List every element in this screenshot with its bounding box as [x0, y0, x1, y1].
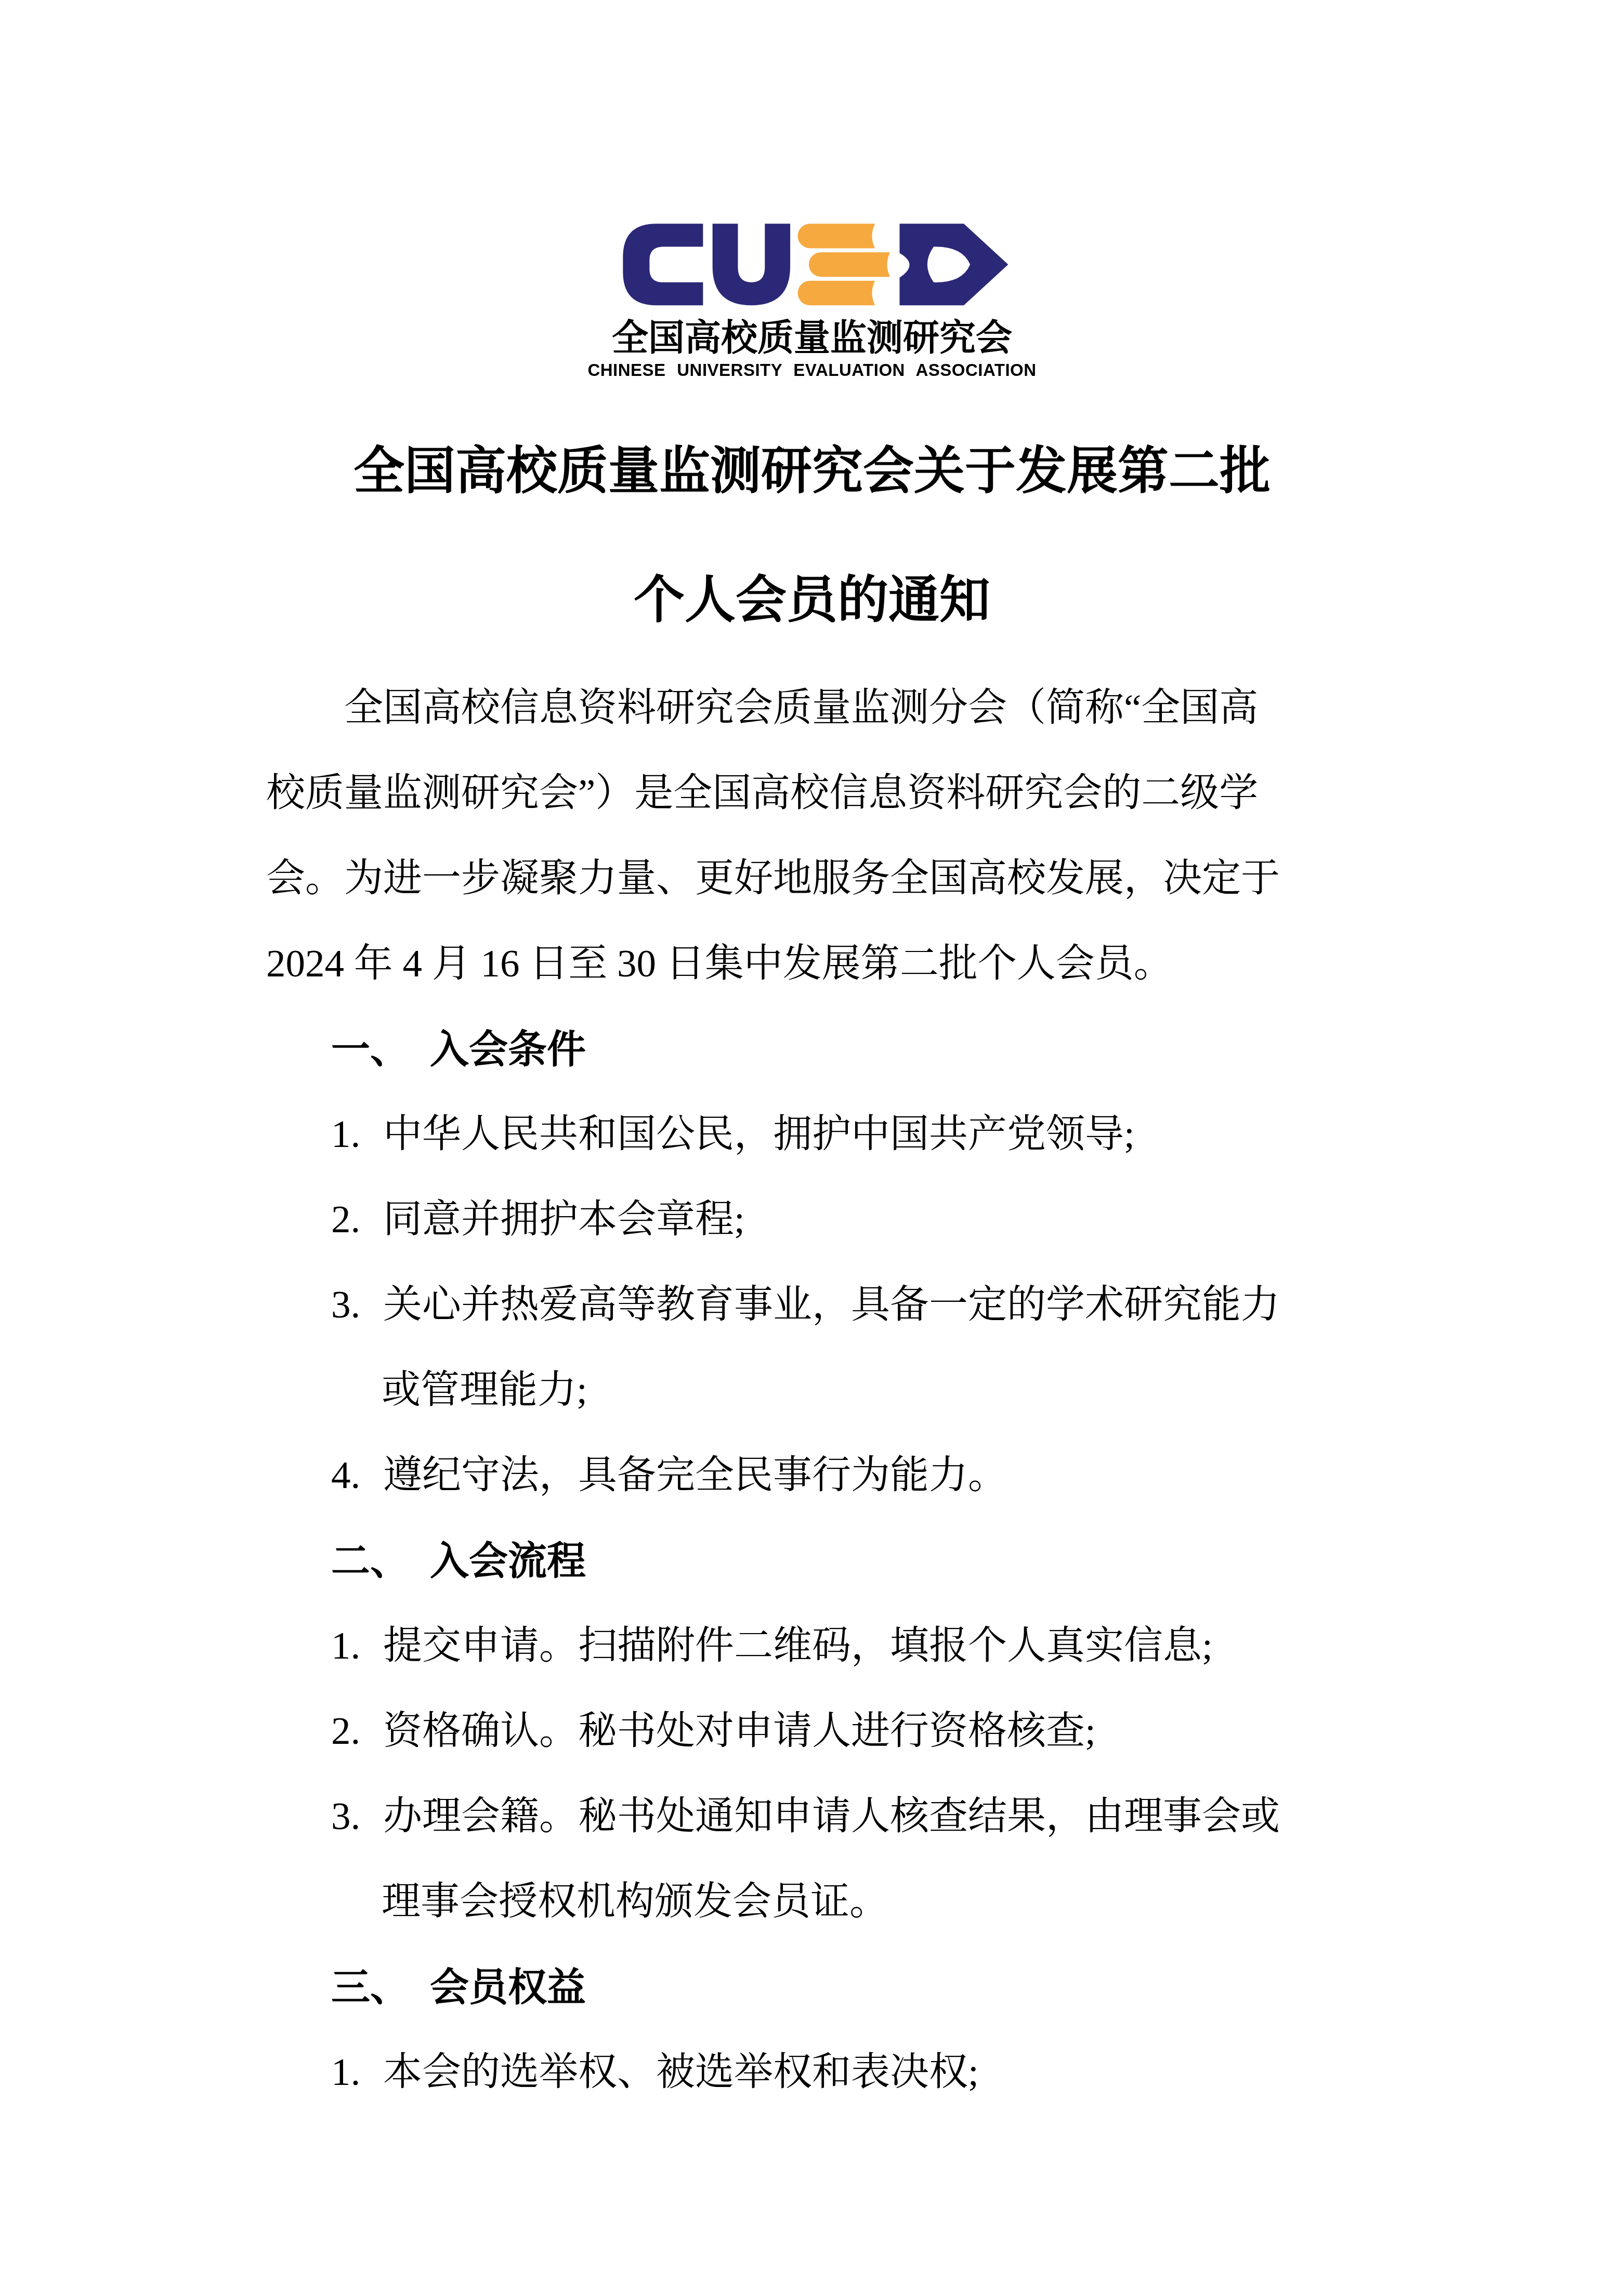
body-line: 2024 年 4 月 16 日至 30 日集中发展第二批个人会员。: [266, 921, 1358, 1007]
association-logo: 全国高校质量监测研究会 CHINESE UNIVERSITY EVALUATIO…: [0, 216, 1624, 381]
body-line: 1.提交申请。扫描附件二维码，填报个人真实信息;: [266, 1603, 1358, 1689]
line-text: 办理会籍。秘书处通知申请人核查结果，由理事会或: [383, 1795, 1280, 1838]
body-line: 或管理能力;: [266, 1348, 1358, 1433]
document-page: 全国高校质量监测研究会 CHINESE UNIVERSITY EVALUATIO…: [0, 0, 1624, 2296]
body-line: 4.遵纪守法，具备完全民事行为能力。: [266, 1433, 1358, 1518]
line-text: 理事会授权机构颁发会员证。: [382, 1880, 888, 1923]
section-heading: 二、入会流程: [266, 1518, 1358, 1603]
item-number: 1.: [331, 1603, 383, 1689]
association-name-cn: 全国高校质量监测研究会: [0, 318, 1624, 358]
notice-title-line1: 全国高校质量监测研究会关于发展第二批: [0, 407, 1624, 536]
logo-letter-d: [899, 224, 1008, 305]
line-text: 或管理能力;: [382, 1368, 587, 1412]
line-text: 遵纪守法，具备完全民事行为能力。: [383, 1454, 1007, 1497]
heading-number: 一、: [331, 1027, 409, 1071]
association-name-en: CHINESE UNIVERSITY EVALUATION ASSOCIATIO…: [0, 360, 1624, 381]
item-number: 3.: [331, 1262, 383, 1348]
body-line: 2.资格确认。秘书处对申请人进行资格核查;: [266, 1689, 1358, 1774]
line-text: 关心并热爱高等教育事业，具备一定的学术研究能力: [383, 1283, 1280, 1326]
line-text: 资格确认。秘书处对申请人进行资格核查;: [383, 1710, 1096, 1753]
heading-number: 三、: [331, 1965, 409, 2009]
section-heading: 一、入会条件: [266, 1007, 1358, 1092]
line-text: 同意并拥护本会章程;: [383, 1198, 745, 1241]
line-text: 提交申请。扫描附件二维码，填报个人真实信息;: [383, 1624, 1213, 1667]
line-text: 全国高校信息资料研究会质量监测分会（简称“全国高: [344, 686, 1258, 729]
body-line: 会。为进一步凝聚力量、更好地服务全国高校发展，决定于: [266, 836, 1358, 921]
body-line: 2.同意并拥护本会章程;: [266, 1177, 1358, 1262]
item-number: 2.: [331, 1177, 383, 1262]
logo-letter-e-bottom-bar: [798, 281, 875, 305]
body-line: 1.本会的选举权、被选举权和表决权;: [266, 2030, 1358, 2115]
item-number: 1.: [331, 1092, 383, 1177]
line-text: 2024 年 4 月 16 日至 30 日集中发展第二批个人会员。: [266, 942, 1173, 985]
item-number: 2.: [331, 1689, 383, 1774]
body-line: 3.关心并热爱高等教育事业，具备一定的学术研究能力: [266, 1262, 1358, 1348]
body-line: 理事会授权机构颁发会员证。: [266, 1859, 1358, 1945]
logo-letter-e-top-bar: [798, 224, 875, 248]
item-number: 3.: [331, 1774, 383, 1859]
item-number: 4.: [331, 1433, 383, 1518]
item-number: 1.: [331, 2030, 383, 2115]
notice-title: 全国高校质量监测研究会关于发展第二批 个人会员的通知: [0, 407, 1624, 665]
body-line: 1.中华人民共和国公民，拥护中国共产党领导;: [266, 1092, 1358, 1177]
heading-number: 二、: [331, 1539, 409, 1583]
body-line: 3.办理会籍。秘书处通知申请人核查结果，由理事会或: [266, 1774, 1358, 1859]
line-text: 本会的选举权、被选举权和表决权;: [383, 2051, 979, 2094]
line-text: 入会流程: [430, 1539, 586, 1583]
logo-letter-u: [713, 224, 790, 305]
notice-body: 全国高校信息资料研究会质量监测分会（简称“全国高校质量监测研究会”）是全国高校信…: [266, 666, 1358, 2115]
notice-title-line2: 个人会员的通知: [0, 536, 1624, 665]
section-heading: 三、会员权益: [266, 1945, 1358, 2030]
body-line: 全国高校信息资料研究会质量监测分会（简称“全国高: [266, 666, 1358, 751]
line-text: 入会条件: [430, 1027, 586, 1071]
logo-letter-e-middle-bar: [809, 252, 890, 277]
line-text: 会员权益: [430, 1965, 586, 2009]
line-text: 会。为进一步凝聚力量、更好地服务全国高校发展，决定于: [266, 857, 1280, 900]
line-text: 中华人民共和国公民，拥护中国共产党领导;: [383, 1113, 1135, 1156]
logo-letter-c: [623, 224, 703, 305]
cued-logo-graphic: [612, 216, 1012, 311]
line-text: 校质量监测研究会”）是全国高校信息资料研究会的二级学: [266, 772, 1258, 815]
body-line: 校质量监测研究会”）是全国高校信息资料研究会的二级学: [266, 751, 1358, 836]
